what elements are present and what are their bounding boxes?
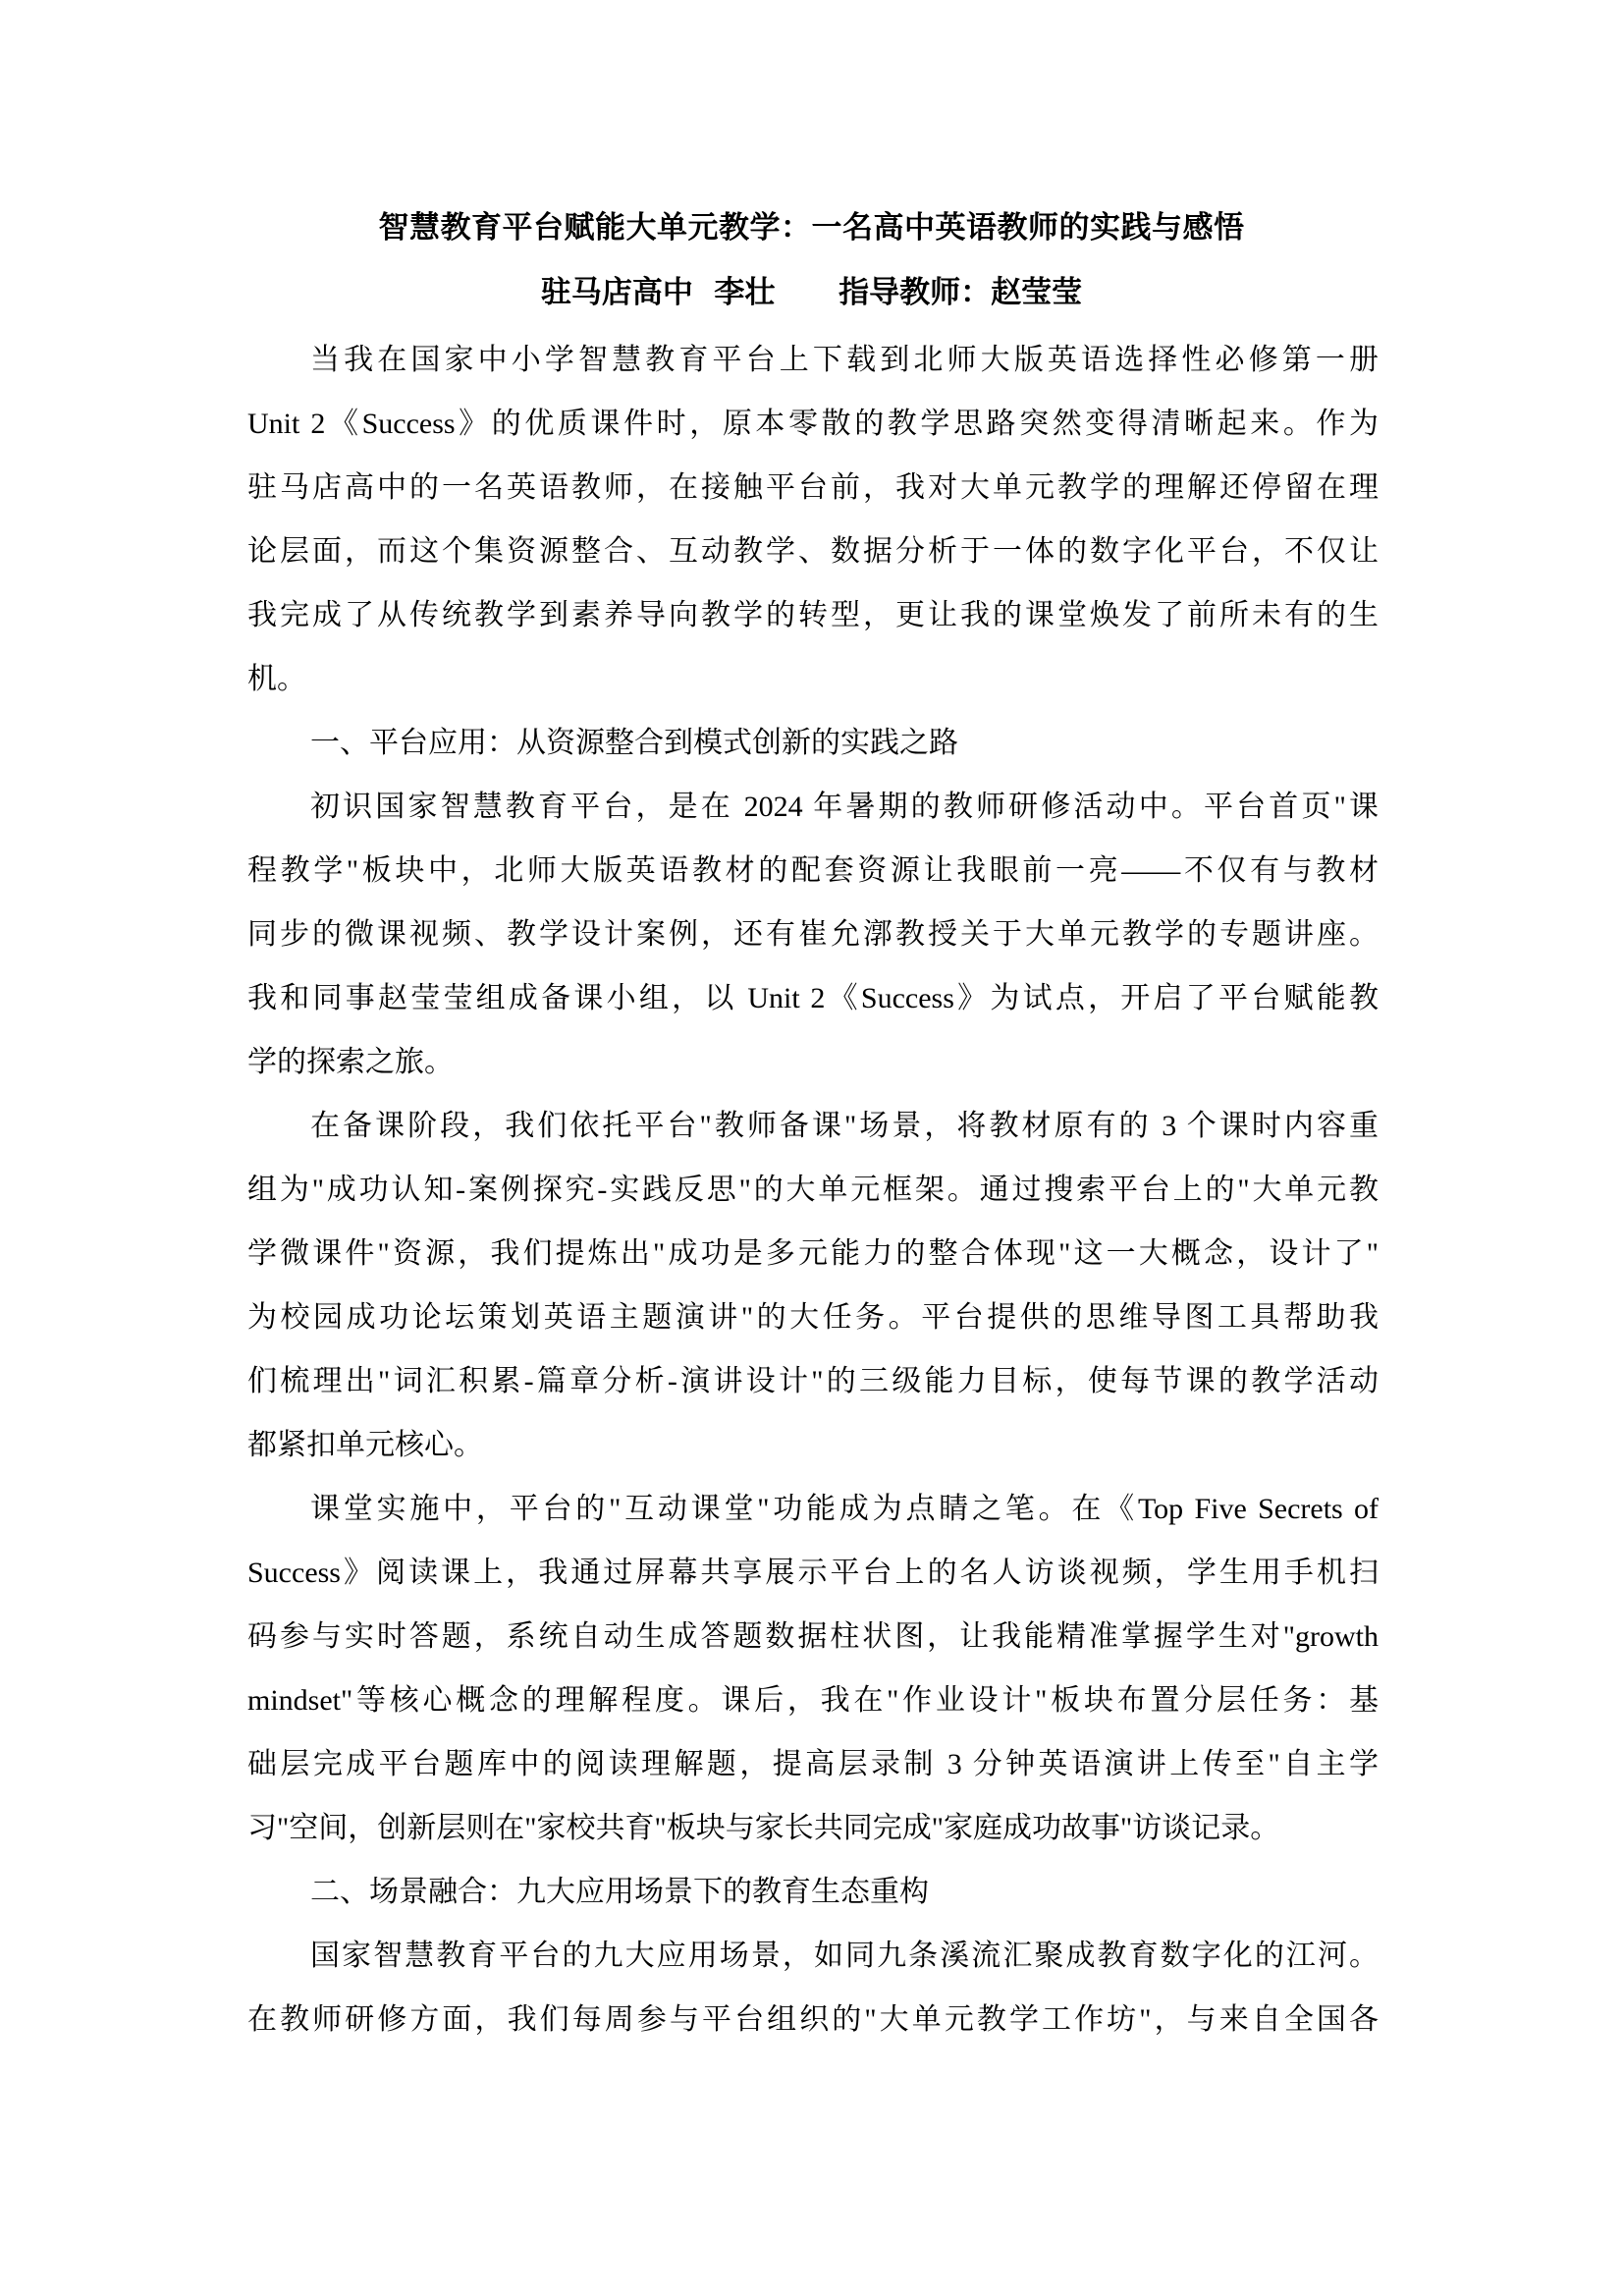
paragraph-platform-intro: 初识国家智慧教育平台，是在 2024 年暑期的教师研修活动中。平台首页"课 程教…: [247, 775, 1379, 1094]
section-heading-1: 一、平台应用：从资源整合到模式创新的实践之路: [247, 711, 1379, 775]
text-line: 驻马店高中的一名英语教师，在接触平台前，我对大单元教学的理解还停留在理: [247, 456, 1379, 519]
text-line: 程教学"板块中，北师大版英语教材的配套资源让我眼前一亮——不仅有与教材: [247, 839, 1379, 902]
document-body: 当我在国家中小学智慧教育平台上下载到北师大版英语选择性必修第一册 Unit 2《…: [247, 328, 1379, 2051]
text-line: Success》阅读课上，我通过屏幕共享展示平台上的名人访谈视频，学生用手机扫: [247, 1541, 1379, 1605]
text-line: 学微课件"资源，我们提炼出"成功是多元能力的整合体现"这一大概念，设计了": [247, 1222, 1379, 1285]
text-line: 为校园成功论坛策划英语主题演讲"的大任务。平台提供的思维导图工具帮助我: [247, 1285, 1379, 1349]
text-line: 国家智慧教育平台的九大应用场景，如同九条溪流汇聚成教育数字化的江河。: [247, 1924, 1379, 1988]
text-line: 码参与实时答题，系统自动生成答题数据柱状图，让我能精准掌握学生对"growth: [247, 1605, 1379, 1668]
text-line: 当我在国家中小学智慧教育平台上下载到北师大版英语选择性必修第一册: [247, 328, 1379, 392]
text-line: 我完成了从传统教学到素养导向教学的转型，更让我的课堂焕发了前所未有的生: [247, 583, 1379, 647]
text-line: 在教师研修方面，我们每周参与平台组织的"大单元教学工作坊"，与来自全国各: [247, 1988, 1379, 2051]
section-heading-2: 二、场景融合：九大应用场景下的教育生态重构: [247, 1860, 1379, 1924]
section-heading-text: 一、平台应用：从资源整合到模式创新的实践之路: [247, 711, 1379, 775]
text-line: 我和同事赵莹莹组成备课小组，以 Unit 2《Success》为试点，开启了平台…: [247, 966, 1379, 1030]
text-line: 课堂实施中，平台的"互动课堂"功能成为点睛之笔。在《Top Five Secre…: [247, 1477, 1379, 1541]
text-line: Unit 2《Success》的优质课件时，原本零散的教学思路突然变得清晰起来。…: [247, 392, 1379, 456]
text-line: 初识国家智慧教育平台，是在 2024 年暑期的教师研修活动中。平台首页"课: [247, 775, 1379, 839]
text-line: 组为"成功认知-案例探究-实践反思"的大单元框架。通过搜索平台上的"大单元教: [247, 1158, 1379, 1222]
text-line: 习"空间，创新层则在"家校共育"板块与家长共同完成"家庭成功故事"访谈记录。: [247, 1796, 1379, 1860]
document-page: 智慧教育平台赋能大单元教学：一名高中英语教师的实践与感悟 驻马店高中 李壮 指导…: [0, 0, 1623, 2296]
paragraph-lesson-prep: 在备课阶段，我们依托平台"教师备课"场景，将教材原有的 3 个课时内容重 组为"…: [247, 1094, 1379, 1477]
text-line: mindset"等核心概念的理解程度。课后，我在"作业设计"板块布置分层任务：基: [247, 1668, 1379, 1732]
document-title: 智慧教育平台赋能大单元教学：一名高中英语教师的实践与感悟: [0, 204, 1623, 251]
paragraph-scenarios: 国家智慧教育平台的九大应用场景，如同九条溪流汇聚成教育数字化的江河。 在教师研修…: [247, 1924, 1379, 2051]
section-heading-text: 二、场景融合：九大应用场景下的教育生态重构: [247, 1860, 1379, 1924]
paragraph-intro: 当我在国家中小学智慧教育平台上下载到北师大版英语选择性必修第一册 Unit 2《…: [247, 328, 1379, 711]
text-line: 础层完成平台题库中的阅读理解题，提高层录制 3 分钟英语演讲上传至"自主学: [247, 1732, 1379, 1796]
text-line: 机。: [247, 647, 1379, 711]
paragraph-classroom: 课堂实施中，平台的"互动课堂"功能成为点睛之笔。在《Top Five Secre…: [247, 1477, 1379, 1860]
text-line: 都紧扣单元核心。: [247, 1413, 1379, 1477]
author-line: 驻马店高中 李壮 指导教师：赵莹莹: [0, 269, 1623, 316]
text-line: 论层面，而这个集资源整合、互动教学、数据分析于一体的数字化平台，不仅让: [247, 519, 1379, 583]
text-line: 在备课阶段，我们依托平台"教师备课"场景，将教材原有的 3 个课时内容重: [247, 1094, 1379, 1158]
text-line: 们梳理出"词汇积累-篇章分析-演讲设计"的三级能力目标，使每节课的教学活动: [247, 1349, 1379, 1413]
text-line: 同步的微课视频、教学设计案例，还有崔允漷教授关于大单元教学的专题讲座。: [247, 902, 1379, 966]
text-line: 学的探索之旅。: [247, 1030, 1379, 1094]
